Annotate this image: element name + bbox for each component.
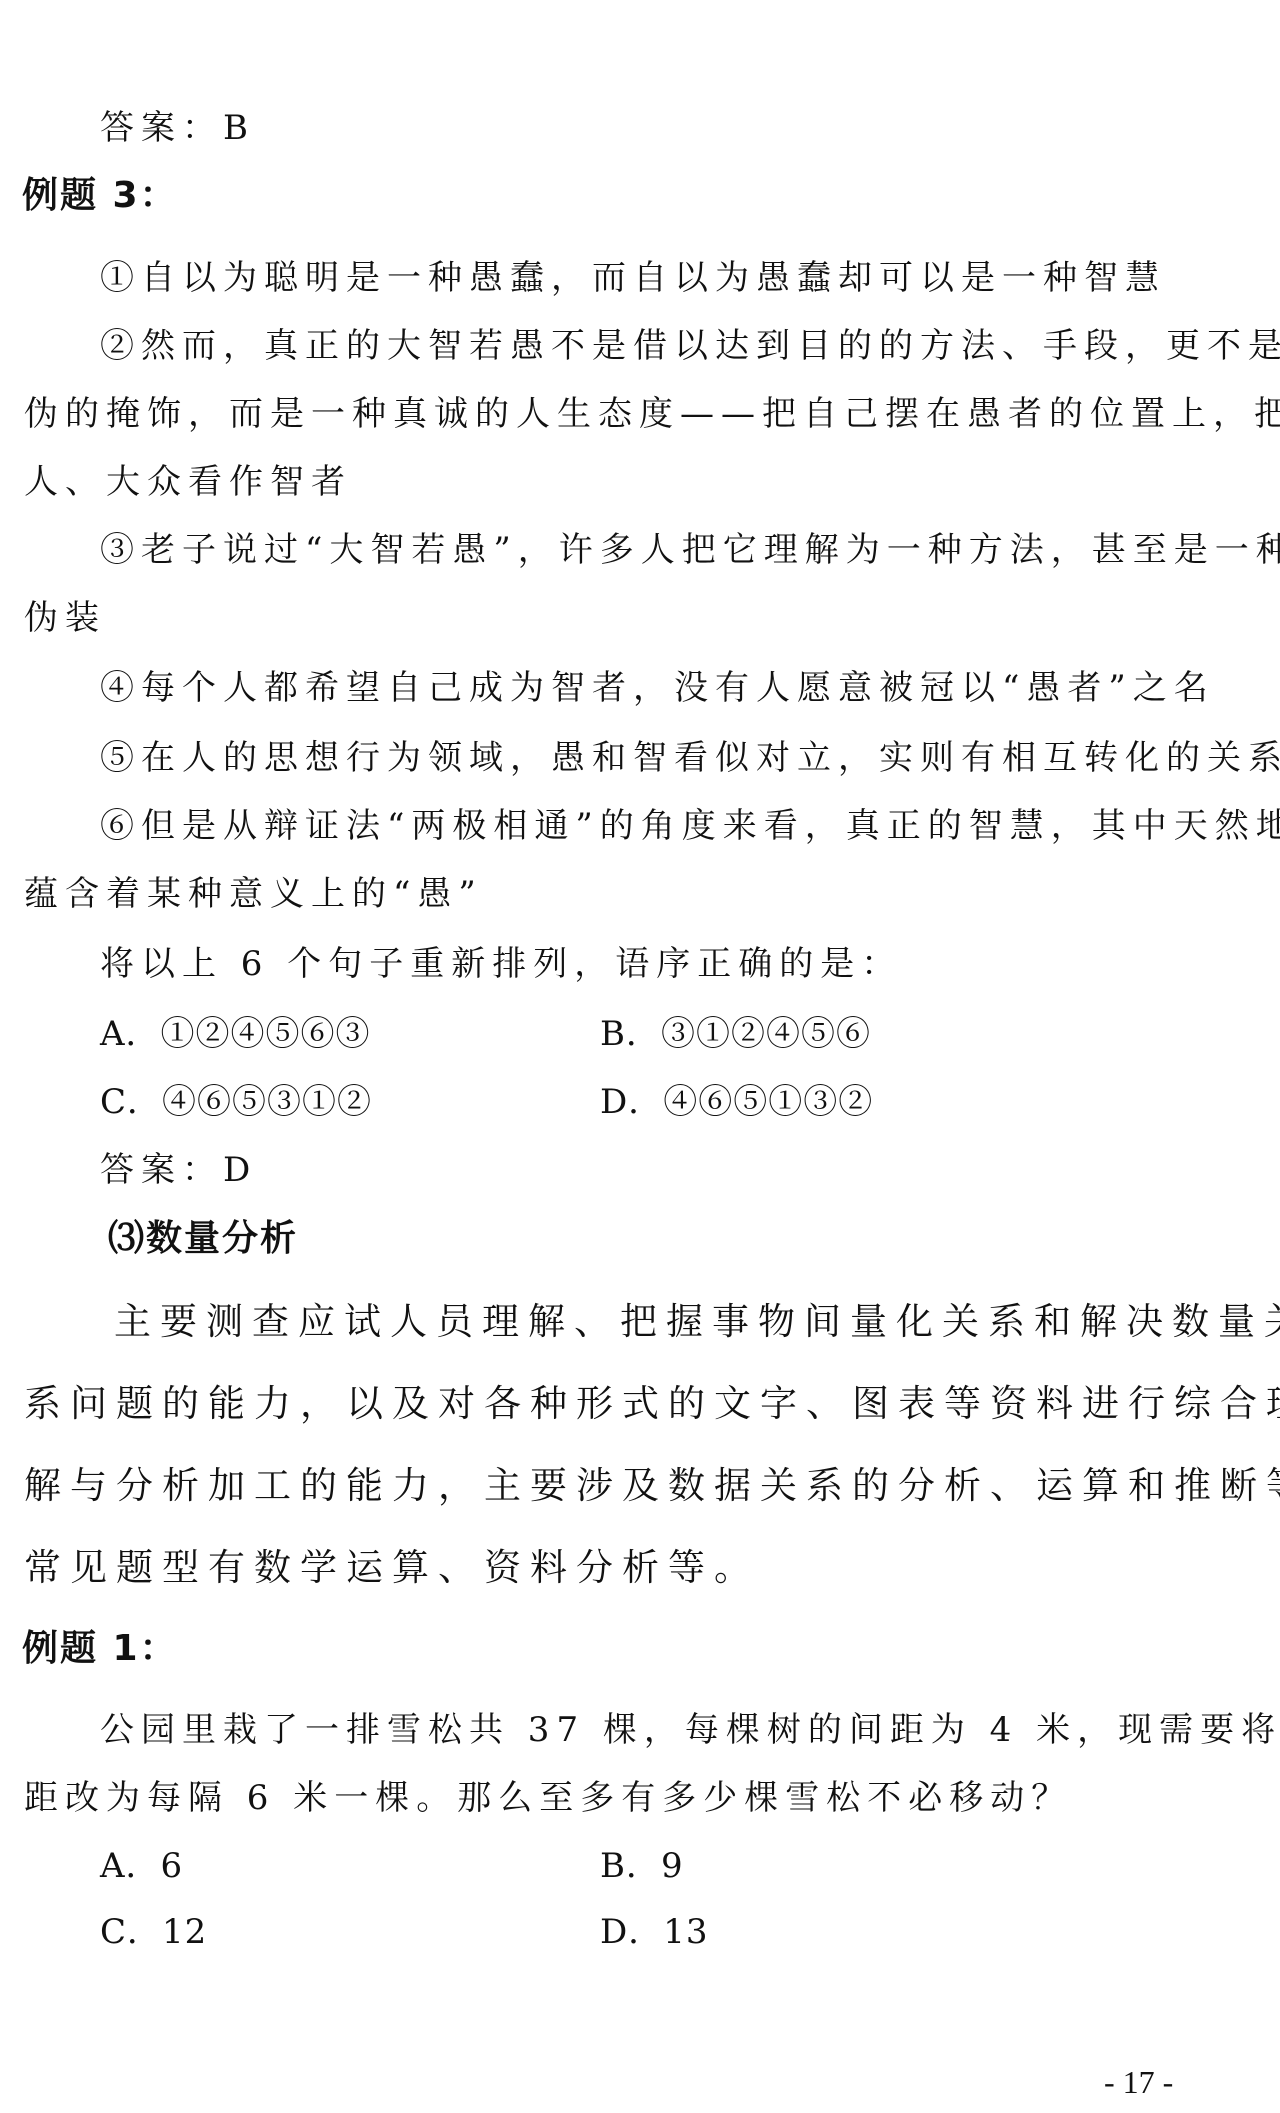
section-paragraph-line-2: 系问题的能力，以及对各种形式的文字、图表等资料进行综合理: [24, 1382, 1280, 1426]
sentence-2-line-3: 人、大众看作智者: [24, 462, 352, 502]
sentence-3-line-2: 伪装: [24, 598, 106, 638]
example-1-option-c: C．12: [100, 1912, 207, 1952]
example-3-option-c: C．④⑥⑤③①②: [100, 1082, 372, 1122]
example-1-option-b: B．9: [600, 1846, 684, 1886]
sentence-2-line-1: ②然而，真正的大智若愚不是借以达到目的的方法、手段，更不是虚: [100, 326, 1280, 366]
sentence-6-line-1: ⑥但是从辩证法“两极相通”的角度来看，真正的智慧，其中天然地: [100, 806, 1280, 846]
example-3-question: 将以上 6 个句子重新排列，语序正确的是：: [100, 944, 902, 984]
example-3-option-d: D．④⑥⑤①③②: [600, 1082, 873, 1122]
section-paragraph-line-3: 解与分析加工的能力，主要涉及数据关系的分析、运算和推断等。: [24, 1464, 1280, 1508]
example-3-answer: 答案：D: [100, 1150, 257, 1190]
section-paragraph-line-4: 常见题型有数学运算、资料分析等。: [24, 1546, 760, 1590]
example-3-title: 例题 3：: [22, 175, 178, 217]
example-1-option-a: A．6: [100, 1846, 183, 1886]
sentence-4: ④每个人都希望自己成为智者，没有人愿意被冠以“愚者”之名: [100, 668, 1215, 708]
sentence-5: ⑤在人的思想行为领域，愚和智看似对立，实则有相互转化的关系: [100, 738, 1280, 778]
section-paragraph-line-1: 主要测查应试人员理解、把握事物间量化关系和解决数量关: [114, 1300, 1280, 1344]
example-1-question-line-1: 公园里栽了一排雪松共 37 棵，每棵树的间距为 4 米，现需要将树的间: [100, 1710, 1280, 1750]
page-number: - 17 -: [1104, 2064, 1173, 2100]
example-1-title: 例题 1：: [22, 1628, 178, 1670]
example-1-option-d: D．13: [600, 1912, 709, 1952]
sentence-2-line-2: 伪的掩饰，而是一种真诚的人生态度——把自己摆在愚者的位置上，把他: [24, 394, 1280, 434]
sentence-1: ①自以为聪明是一种愚蠢，而自以为愚蠢却可以是一种智慧: [100, 258, 1166, 298]
example-1-question-line-2: 距改为每隔 6 米一棵。那么至多有多少棵雪松不必移动？: [24, 1778, 1072, 1818]
previous-answer: 答案：B: [100, 108, 255, 148]
example-3-option-b: B．③①②④⑤⑥: [600, 1014, 871, 1054]
section-title: ⑶数量分析: [108, 1218, 298, 1260]
sentence-3-line-1: ③老子说过“大智若愚”，许多人把它理解为一种方法，甚至是一种: [100, 530, 1280, 570]
sentence-6-line-2: 蕴含着某种意义上的“愚”: [24, 874, 483, 914]
example-3-option-a: A．①②④⑤⑥③: [100, 1014, 371, 1054]
